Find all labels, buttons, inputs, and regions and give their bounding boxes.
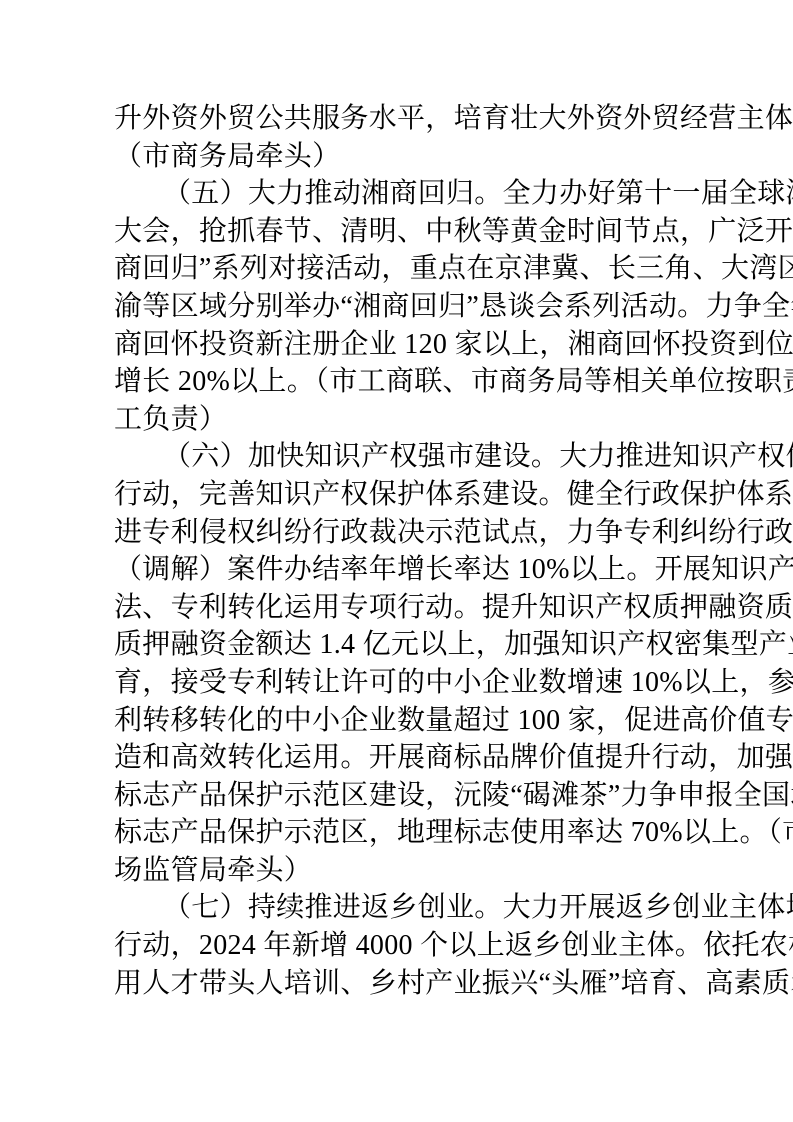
document-body: 升外资外贸公共服务水平，培育壮大外资外贸经营主体。 （市商务局牵头） （五）大力…	[114, 100, 680, 1002]
text-line: 用人才带头人培训、乡村产业振兴“头雁”培育、高素质农民	[114, 965, 680, 1003]
text-line: 质押融资金额达 1.4 亿元以上，加强知识产权密集型产业培	[114, 626, 680, 664]
text-line: 大会，抢抓春节、清明、中秋等黄金时间节点，广泛开展“湘	[114, 213, 680, 251]
text-line: （调解）案件办结率年增长率达 10%以上。开展知识产权执	[114, 551, 680, 589]
text-line: 商回怀投资新注册企业 120 家以上，湘商回怀投资到位资金	[114, 326, 680, 364]
text-line: 增长 20%以上。（市工商联、市商务局等相关单位按职责分	[114, 363, 680, 401]
text-line-paragraph-start: （六）加快知识产权强市建设。大力推进知识产权促进	[114, 438, 680, 476]
text-line: 行动，2024 年新增 4000 个以上返乡创业主体。依托农村实	[114, 927, 680, 965]
document-page: 升外资外贸公共服务水平，培育壮大外资外贸经营主体。 （市商务局牵头） （五）大力…	[0, 0, 793, 1122]
text-line-paragraph-start: （五）大力推动湘商回归。全力办好第十一届全球湘商	[114, 175, 680, 213]
text-line-paragraph-end: 场监管局牵头）	[114, 852, 680, 890]
text-line: 标志产品保护示范区建设，沅陵“碣滩茶”力争申报全国地理	[114, 777, 680, 815]
text-line-paragraph-start: （七）持续推进返乡创业。大力开展返乡创业主体培育	[114, 889, 680, 927]
text-line-paragraph-end: （市商务局牵头）	[114, 138, 680, 176]
text-line: 商回归”系列对接活动，重点在京津冀、长三角、大湾区、成	[114, 250, 680, 288]
text-line: 进专利侵权纠纷行政裁决示范试点，力争专利纠纷行政裁决	[114, 514, 680, 552]
text-line: 育，接受专利转让许可的中小企业数增速 10%以上，参与专	[114, 664, 680, 702]
text-line: 法、专利转化运用专项行动。提升知识产权质押融资质效，	[114, 589, 680, 627]
text-line: 利转移转化的中小企业数量超过 100 家，促进高价值专利创	[114, 702, 680, 740]
text-line: 行动，完善知识产权保护体系建设。健全行政保护体系，推	[114, 476, 680, 514]
text-line: 造和高效转化运用。开展商标品牌价值提升行动，加强地理	[114, 739, 680, 777]
text-line: 标志产品保护示范区，地理标志使用率达 70%以上。（市市	[114, 814, 680, 852]
text-line: 渝等区域分别举办“湘商回归”恳谈会系列活动。力争全年湘	[114, 288, 680, 326]
text-line-paragraph-end: 工负责）	[114, 401, 680, 439]
text-line: 升外资外贸公共服务水平，培育壮大外资外贸经营主体。	[114, 100, 680, 138]
